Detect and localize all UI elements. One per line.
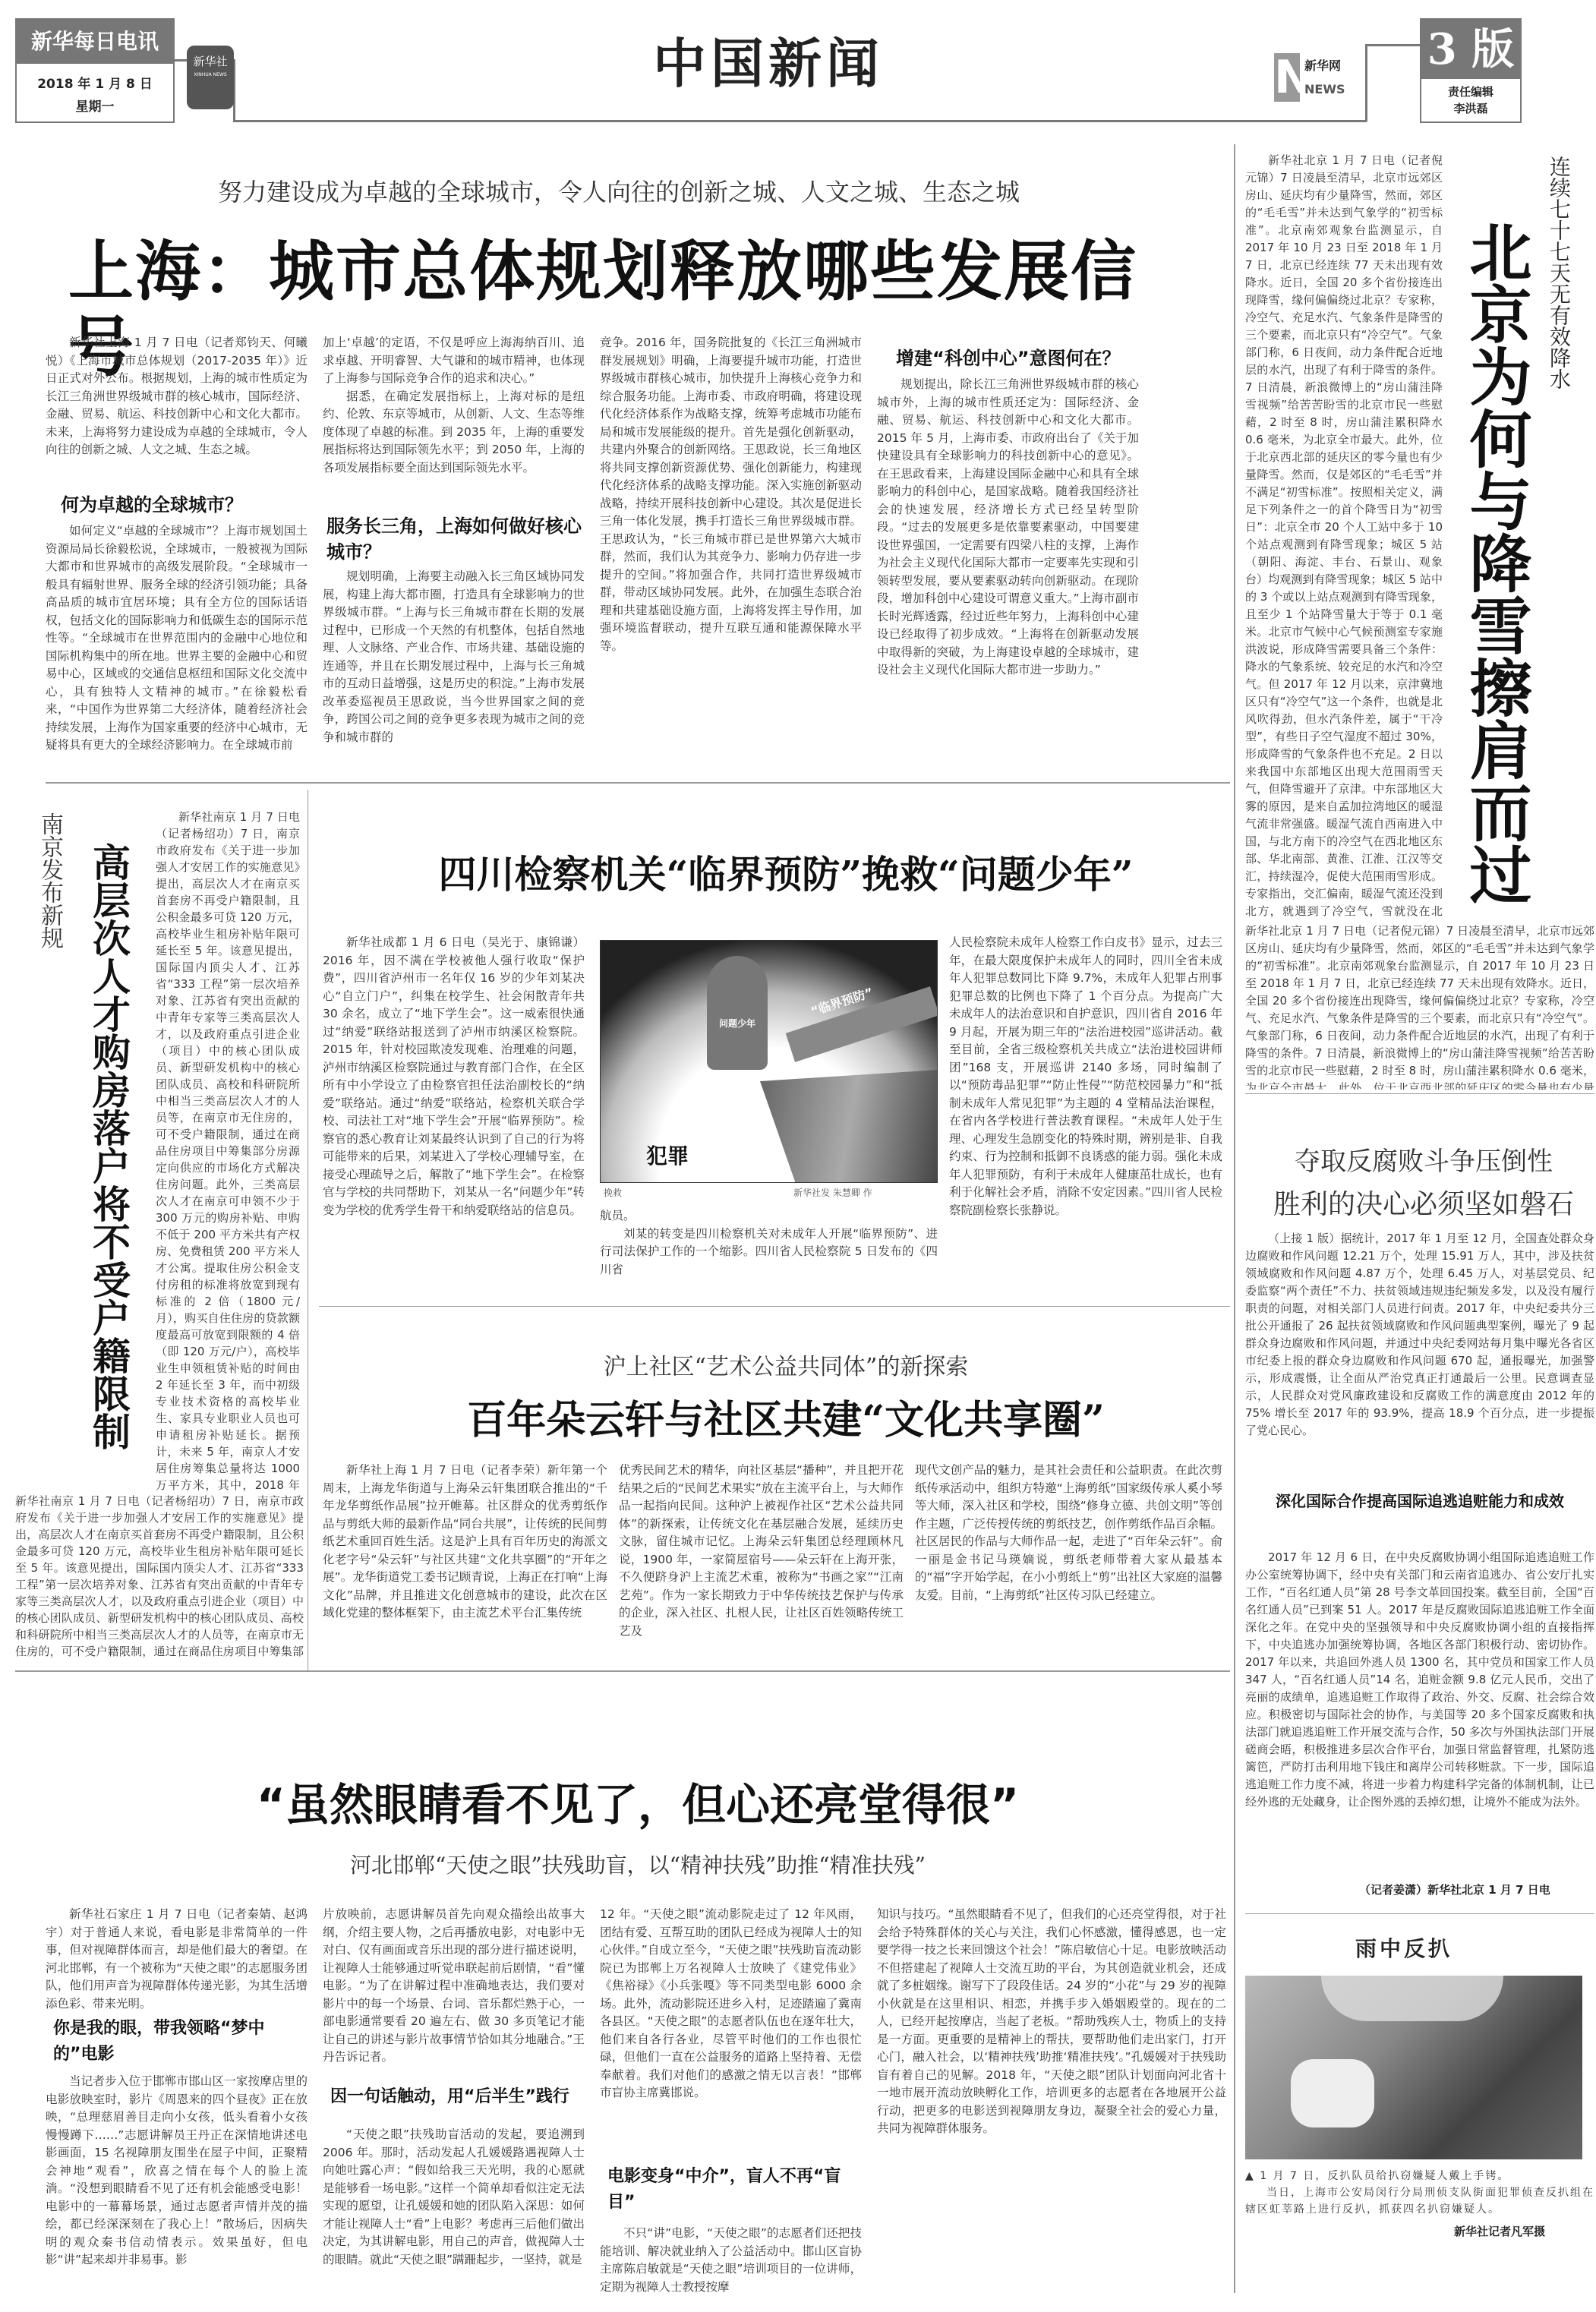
- section-divider: [1245, 1093, 1594, 1094]
- article-body: 竞争。2016 年，国务院批复的《长江三角洲城市群发展规划》明确，上海要提升城市…: [600, 334, 862, 773]
- article-kicker: 河北邯郸“天使之眼”扶残助盲，以“精神扶残”助推“精准扶残”: [46, 1849, 1230, 1879]
- article-subhead: 服务长三角，上海如何做好核心城市？: [326, 513, 585, 565]
- article-body: 规划提出，除长江三角洲世界级城市群的核心城市外，上海的城市性质还定为：国际经济、…: [877, 376, 1139, 773]
- article-body: （上接 1 版）据统计，2017 年 1 月至 12 月，全国查处群众身边腐败和…: [1245, 1230, 1594, 1488]
- section-divider: [1245, 1913, 1594, 1914]
- paragraph: 人民检察院未成年人检察工作白皮书》显示，过去三年，在最大限度保护未成年人的同时，…: [949, 934, 1222, 1219]
- paragraph: 12 年。“天使之眼”流动影院走过了 12 年风雨，团结有爱、互帮互助的团队已经…: [600, 1906, 862, 2102]
- logo-text: 新华网: [1304, 56, 1341, 74]
- header-rule: [1365, 44, 1420, 46]
- article-headline: 高层次人才购房落户将不受户籍限制: [87, 843, 130, 1450]
- paragraph: “天使之眼”扶残助盲活动的发起，要追溯到 2006 年。那时，活动发起人孔媛媛路…: [323, 2126, 585, 2269]
- logo-text-en: NEWS: [1304, 82, 1345, 96]
- photo-credit: 新华社记者凡军摄: [1454, 2223, 1545, 2239]
- article-headline: “虽然眼睛看不见了，但心还亮堂得很”: [46, 1769, 1230, 1833]
- paragraph: 2017 年 12 月 6 日，在中央反腐败协调小组国际追逃追赃工作办公室统筹协…: [1245, 1549, 1594, 1811]
- article-kicker: 努力建设成为卓越的全球城市，令人向往的创新之城、人文之城、生态之城: [144, 173, 1093, 208]
- masthead-box: 新华每日电讯 2018 年 1 月 8 日 星期一: [15, 18, 175, 123]
- article-body: 12 年。“天使之眼”流动影院走过了 12 年风雨，团结有爱、互帮互助的团队已经…: [600, 1906, 862, 2156]
- article-body: 加上‘卓越’的定语，不仅是呼应上海海纳百川、追求卓越、开明睿智、大气谦和的城市精…: [323, 334, 585, 509]
- section-title: 中国新闻: [653, 21, 884, 98]
- article-body: 优秀民间艺术的精华，向社区基层“播种”，并且把开花结果之后的“民间艺术果实”放在…: [619, 1462, 904, 1659]
- page-box: 3 版 责任编辑 李洪磊: [1420, 18, 1522, 123]
- logo-text: 新华社: [193, 55, 227, 68]
- paragraph: 据悉，在确定发展指标上，上海对标的是纽约、伦敦、东京等城市，从创新、人文、生态等…: [323, 388, 585, 478]
- header-rule: [1365, 44, 1367, 121]
- article-kicker: 南京发布新规: [36, 812, 62, 949]
- paragraph: （上接 1 版）据统计，2017 年 1 月至 12 月，全国查处群众身边腐败和…: [1245, 1230, 1594, 1440]
- section-divider: [15, 1670, 1230, 1672]
- article-subhead: 增建“科创中心”意图何在？: [896, 345, 1215, 371]
- article-subhead: 电影变身“中介”，盲人不再“盲目”: [607, 2164, 862, 2216]
- article-body: 知识与技巧。“虽然眼睛看不见了，但我们的心还亮堂得很，对于社会给予特殊群体的关心…: [877, 1906, 1226, 2304]
- article-body: 不只“讲”电影，“天使之眼”的志愿者们还把技能培训、解决就业纳入了公益活动中。邯…: [600, 2225, 862, 2304]
- paragraph: 航员。: [600, 1207, 938, 1225]
- paragraph: 加上‘卓越’的定语，不仅是呼应上海海纳百川、追求卓越、开明睿智、大气谦和的城市精…: [323, 334, 585, 388]
- paragraph: 竞争。2016 年，国务院批复的《长江三角洲城市群发展规划》明确，上海要提升城市…: [600, 334, 862, 655]
- scarf-shape: [1291, 2059, 1374, 2127]
- cartoon-label: 问题少年: [718, 1017, 756, 1030]
- cartoon-credit: 新华社发 朱慧卿 作: [793, 1186, 872, 1199]
- photo-title: 雨中反扒: [1355, 1932, 1452, 1963]
- lead-paragraph: 新华社上海 1 月 7 日电（记者郑钧天、何曦悦）《上海市城市总体规划（2017…: [46, 334, 308, 459]
- article-subhead: 深化国际合作提高国际追逃追赃能力和成效: [1245, 1490, 1594, 1512]
- photo-caption: ▲ 1 月 7 日，反扒队员给扒窃嫌疑人戴上手铐。 当日，上海市公安局闵行分局刑…: [1245, 2168, 1594, 2218]
- xinhua-logo-icon: 新华社 XINHUA NEWS: [187, 46, 234, 109]
- article-headline: 北京为何与降雪擦肩而过: [1462, 220, 1530, 905]
- paragraph: 不只“讲”电影，“天使之眼”的志愿者们还把技能培训、解决就业纳入了公益活动中。邯…: [600, 2225, 862, 2296]
- paragraph: 新华社南京 1 月 7 日电（记者杨绍功）7 日，南京市政府发布《关于进一步加强…: [156, 809, 300, 1492]
- paragraph: 当记者步入位于邯郸市邯山区一家按摩店里的电影放映室时，影片《周恩来的四个昼夜》正…: [46, 2073, 308, 2269]
- article-subhead: 你是我的眼，带我领略“梦中的”电影: [53, 2016, 308, 2068]
- paragraph-continued: 新华社南京 1 月 7 日电（记者杨绍功）7 日，南京市政府发布《关于进一步加强…: [15, 1493, 304, 1660]
- paper-name: 新华每日电讯: [17, 20, 173, 64]
- article-body: 人民检察院未成年人检察工作白皮书》显示，过去三年，在最大限度保护未成年人的同时，…: [949, 934, 1222, 1295]
- paragraph: 知识与技巧。“虽然眼睛看不见了，但我们的心还亮堂得很，对于社会给予特殊群体的关心…: [877, 1906, 1226, 2138]
- article-body: 规划明确，上海要主动融入长三角区域协同发展，构建上海大都市圈，打造具有全球影响力…: [323, 568, 585, 773]
- cartoon-label: 犯罪: [646, 1140, 689, 1170]
- paragraph: 规划明确，上海要主动融入长三角区域协同发展，构建上海大都市圈，打造具有全球影响力…: [323, 568, 585, 746]
- paragraph: 优秀民间艺术的精华，向社区基层“播种”，并且把开花结果之后的“民间艺术果实”放在…: [619, 1462, 904, 1640]
- article-byline: （记者姜潇）新华社北京 1 月 7 日电: [1359, 1881, 1550, 1897]
- paragraph: 新华社成都 1 月 6 日电（吴光于、康锦谦）2016 年，因不满在学校被他人强…: [323, 934, 585, 1219]
- paragraph: 如何定义“卓越的全球城市”？上海市规划国土资源局局长徐毅松说，全球城市，一般被视…: [46, 522, 308, 755]
- paragraph: 规划提出，除长江三角洲世界级城市群的核心城市外，上海的城市性质还定为：国际经济、…: [877, 376, 1139, 680]
- article-headline: 四川检察机关“临界预防”挽救“问题少年”: [342, 844, 1230, 899]
- article-subhead: 何为卓越的全球城市？: [61, 492, 304, 518]
- article-body: 新华社成都 1 月 6 日电（吴光于、康锦谦）2016 年，因不满在学校被他人强…: [323, 934, 585, 1295]
- paragraph: 片放映前，志愿讲解员首先向观众描绘出故事大纲，介绍主要人物，之后再播放电影，对电…: [323, 1906, 585, 2067]
- article-body: 现代文创产品的魅力，是其社会责任和公益职责。在此次剪纸传承活动中，组织方特邀“上…: [915, 1462, 1222, 1659]
- header-rule: [233, 120, 1367, 122]
- cartoon-image: 问题少年 “临界预防” 犯罪: [600, 940, 938, 1183]
- cartoon-caption: 挽救: [604, 1186, 622, 1199]
- paragraph: 新华社北京 1 月 7 日电（记者倪元锦）7 日凌晨至清早，北京市远郊区房山、延…: [1245, 152, 1443, 923]
- section-divider: [319, 1306, 1230, 1307]
- article-body: 新华社上海 1 月 7 日电（记者李荣）新年第一个周末，上海龙华街道与上海朵云轩…: [323, 1462, 607, 1659]
- article-body: 新华社上海 1 月 7 日电（记者郑钧天、何曦悦）《上海市城市总体规划（2017…: [46, 334, 308, 501]
- column-divider: [308, 790, 308, 1670]
- xinhuanet-logo-icon: N 新华网 NEWS: [1274, 53, 1350, 102]
- article-body: 新华社南京 1 月 7 日电（记者杨绍功）7 日，南京市政府发布《关于进一步加强…: [15, 1493, 304, 1660]
- paragraph: 刘某的转变是四川检察机关对未成年人开展“临界预防”、进行司法保护工作的一个缩影。…: [600, 1225, 938, 1279]
- caption-line: ▲ 1 月 7 日，反扒队员给扒窃嫌疑人戴上手铐。: [1245, 2168, 1594, 2184]
- column-divider: [1234, 144, 1235, 2293]
- editor-name: 李洪磊: [1421, 100, 1520, 117]
- article-kicker: 夺取反腐败斗争压倒性: [1264, 1140, 1583, 1178]
- article-headline: 百年朵云轩与社区共建“文化共享圈”: [342, 1388, 1230, 1445]
- paragraph-continued: 新华社北京 1 月 7 日电（记者倪元锦）7 日凌晨至清早，北京市远郊区房山、延…: [1245, 923, 1594, 1090]
- boy-figure: [707, 956, 768, 1070]
- page-number: 3 版: [1421, 20, 1520, 79]
- article-body: “天使之眼”扶残助盲活动的发起，要追溯到 2006 年。那时，活动发起人孔媛媛路…: [323, 2126, 585, 2304]
- editor-label: 责任编辑: [1421, 79, 1520, 100]
- paragraph: 现代文创产品的魅力，是其社会责任和公益职责。在此次剪纸传承活动中，组织方特邀“上…: [915, 1462, 1222, 1604]
- logo-text-en: XINHUA NEWS: [187, 72, 234, 77]
- issue-weekday: 星期一: [17, 96, 173, 118]
- article-headline: 胜利的决心必须坚如磐石: [1249, 1183, 1596, 1222]
- article-body: 新华社北京 1 月 7 日电（记者倪元锦）7 日凌晨至清早，北京市远郊区房山、延…: [1245, 923, 1594, 1090]
- article-body: 片放映前，志愿讲解员首先向观众描绘出故事大纲，介绍主要人物，之后再播放电影，对电…: [323, 1906, 585, 2080]
- article-kicker: 沪上社区“艺术公益共同体”的新探索: [342, 1348, 1230, 1381]
- section-divider: [46, 782, 1230, 784]
- article-body: 新华社石家庄 1 月 7 日电（记者秦婧、赵鸿宇）对于普通人来说，看电影是非常简…: [46, 1906, 308, 2012]
- lead-paragraph: 新华社石家庄 1 月 7 日电（记者秦婧、赵鸿宇）对于普通人来说，看电影是非常简…: [46, 1906, 308, 2012]
- caption-line: 当日，上海市公安局闵行分局刑侦支队街面犯罪侦查反扒组在辖区虹莘路上进行反扒，抓获…: [1245, 2184, 1594, 2218]
- article-body: 如何定义“卓越的全球城市”？上海市规划国土资源局局长徐毅松说，全球城市，一般被视…: [46, 522, 308, 773]
- issue-date: 2018 年 1 月 8 日: [17, 64, 173, 96]
- article-body: 2017 年 12 月 6 日，在中央反腐败协调小组国际追逃追赃工作办公室统筹协…: [1245, 1549, 1594, 1853]
- article-body: 新华社北京 1 月 7 日电（记者倪元锦）7 日凌晨至清早，北京市远郊区房山、延…: [1245, 152, 1443, 923]
- news-photo: [1245, 1976, 1582, 2159]
- article-kicker: 连续七十七天无有效降水: [1547, 156, 1570, 390]
- article-body: 新华社南京 1 月 7 日电（记者杨绍功）7 日，南京市政府发布《关于进一步加强…: [156, 809, 300, 1492]
- paragraph: 新华社上海 1 月 7 日电（记者李荣）新年第一个周末，上海龙华街道与上海朵云轩…: [323, 1462, 607, 1623]
- article-subhead: 因一句话触动，用“后半生”践行: [330, 2084, 585, 2110]
- umbrella-shape: [1321, 1976, 1503, 2021]
- article-body: 当记者步入位于邯郸市邯山区一家按摩店里的电影放映室时，影片《周恩来的四个昼夜》正…: [46, 2073, 308, 2304]
- article-body: 航员。 刘某的转变是四川检察机关对未成年人开展“临界预防”、进行司法保护工作的一…: [600, 1207, 938, 1295]
